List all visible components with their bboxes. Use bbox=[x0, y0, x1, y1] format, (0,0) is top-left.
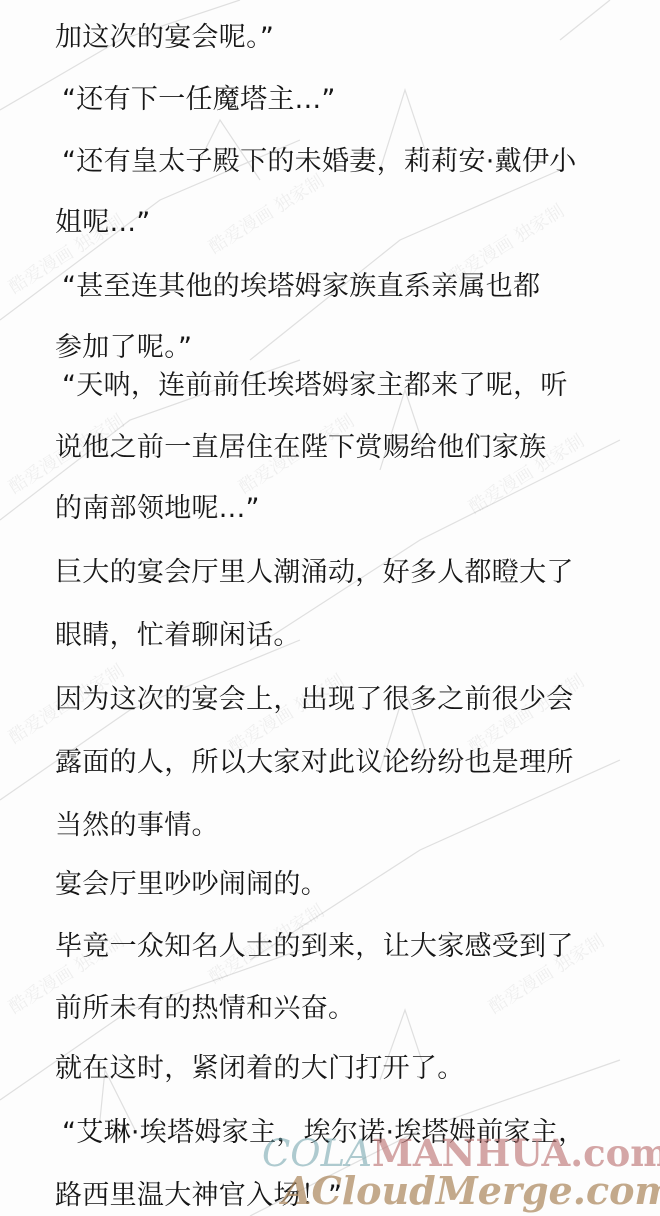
text-line: 巨大的宴会厅里人潮涌动，好多人都瞪大了 bbox=[55, 557, 574, 589]
text-line: 姐呢...” bbox=[55, 207, 151, 239]
text-line: 说他之前一直居住在陛下赏赐给他们家族 bbox=[55, 432, 546, 464]
watermark-lines bbox=[0, 0, 660, 1216]
text-line: “还有下一任魔塔主...” bbox=[62, 84, 336, 116]
text-line: “甚至连其他的埃塔姆家族直系亲属也都 bbox=[62, 271, 540, 303]
text-line: 眼睛，忙着聊闲话。 bbox=[55, 620, 301, 652]
text-line: “还有皇太子殿下的未婚妻，莉莉安·戴伊小 bbox=[62, 146, 577, 178]
text-line: 宴会厅里吵吵闹闹的。 bbox=[55, 869, 328, 901]
text-line: 的南部领地呢...” bbox=[55, 493, 260, 525]
text-line: 加这次的宴会呢。” bbox=[55, 22, 274, 54]
text-line: “天呐，连前前任埃塔姆家主都来了呢，听 bbox=[62, 370, 568, 402]
text-line: 因为这次的宴会上，出现了很多之前很少会 bbox=[55, 684, 574, 716]
text-line: 当然的事情。 bbox=[55, 810, 219, 842]
text-line: 毕竟一众知名人士的到来，让大家感受到了 bbox=[55, 931, 574, 963]
text-line: 就在这时，紧闭着的大门打开了。 bbox=[55, 1053, 465, 1085]
novel-page: 酷爱漫画 独家制 酷爱漫画 独家制 酷爱漫画 独家制 酷爱漫画 独家制 酷爱漫画… bbox=[0, 0, 660, 1216]
background-watermark: 酷爱漫画 独家制 bbox=[203, 167, 328, 259]
site-watermark-cloudmerge: AСloudMerge.com bbox=[282, 1168, 660, 1213]
text-line: 露面的人，所以大家对此议论纷纷也是理所 bbox=[55, 747, 574, 779]
text-line: 前所未有的热情和兴奋。 bbox=[55, 993, 355, 1025]
text-line: 参加了呢。” bbox=[55, 332, 192, 364]
